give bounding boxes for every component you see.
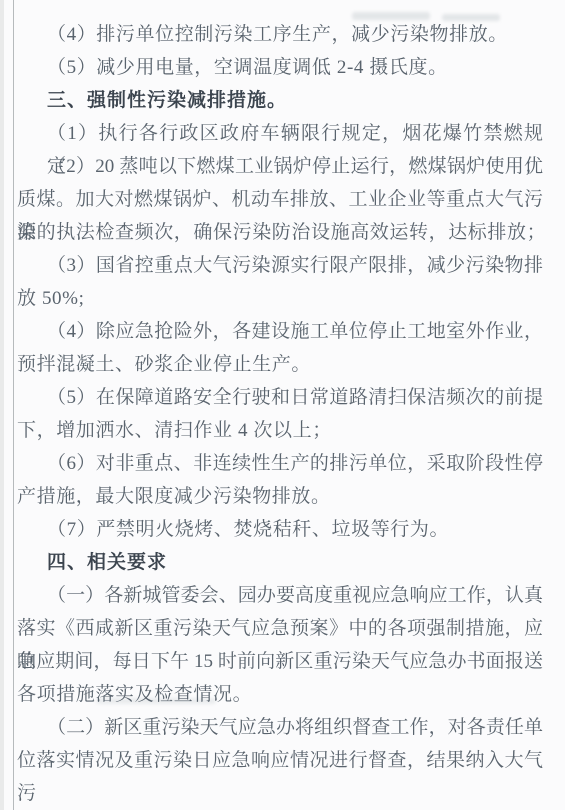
section-heading-related-requirements: 四、相关要求 <box>17 546 543 579</box>
text-line: 位落实情况及重污染日应急响应情况进行督查，结果纳入大气污 <box>17 744 543 777</box>
text-line: 落实《西咸新区重污染天气应急预案》中的各项强制措施，应急 <box>17 612 543 645</box>
text-line: （一）各新城管委会、园办要高度重视应急响应工作，认真 <box>17 579 543 612</box>
scanned-document-page: （4）排污单位控制污染工序生产，减少污染物排放。 （5）减少用电量，空调温度调低… <box>0 0 565 810</box>
text-line: （4）排污单位控制污染工序生产，减少污染物排放。 <box>17 18 543 51</box>
document-body: （4）排污单位控制污染工序生产，减少污染物排放。 （5）减少用电量，空调温度调低… <box>17 18 543 777</box>
text-line: 源的执法检查频次，确保污染防治设施高效运转，达标排放； <box>17 216 543 249</box>
text-line: 预拌混凝土、砂浆企业停止生产。 <box>17 348 543 381</box>
text-line: 放 50%; <box>17 282 543 315</box>
text-line: （二）新区重污染天气应急办将组织督查工作，对各责任单 <box>17 711 543 744</box>
text-line: 下，增加洒水、清扫作业 4 次以上； <box>17 414 543 447</box>
section-heading-mandatory-measures: 三、强制性污染减排措施。 <box>17 84 543 117</box>
text-line: 质煤。加大对燃煤锅炉、机动车排放、工业企业等重点大气污染 <box>17 183 543 216</box>
text-line: 响应期间，每日下午 15 时前向新区重污染天气应急办书面报送 <box>17 645 543 678</box>
text-line: （5）在保障道路安全行驶和日常道路清扫保洁频次的前提 <box>17 381 543 414</box>
text-line: （2）20 蒸吨以下燃煤工业锅炉停止运行，燃煤锅炉使用优 <box>17 150 543 183</box>
text-line: （3）国省控重点大气污染源实行限产限排，减少污染物排 <box>17 249 543 282</box>
text-line: （7）严禁明火烧烤、焚烧秸秆、垃圾等行为。 <box>17 513 543 546</box>
text-line: （6）对非重点、非连续性生产的排污单位，采取阶段性停 <box>17 447 543 480</box>
text-line: （5）减少用电量，空调温度调低 2-4 摄氏度。 <box>17 51 543 84</box>
scan-edge-strip <box>0 0 4 810</box>
text-line: （4）除应急抢险外，各建设施工单位停止工地室外作业， <box>17 315 543 348</box>
text-line: 各项措施落实及检查情况。 <box>17 678 543 711</box>
scan-fold-line <box>13 0 14 810</box>
text-line: （1）执行各行政区政府车辆限行规定，烟花爆竹禁燃规定； <box>17 117 543 150</box>
text-line: 产措施，最大限度减少污染物排放。 <box>17 480 543 513</box>
